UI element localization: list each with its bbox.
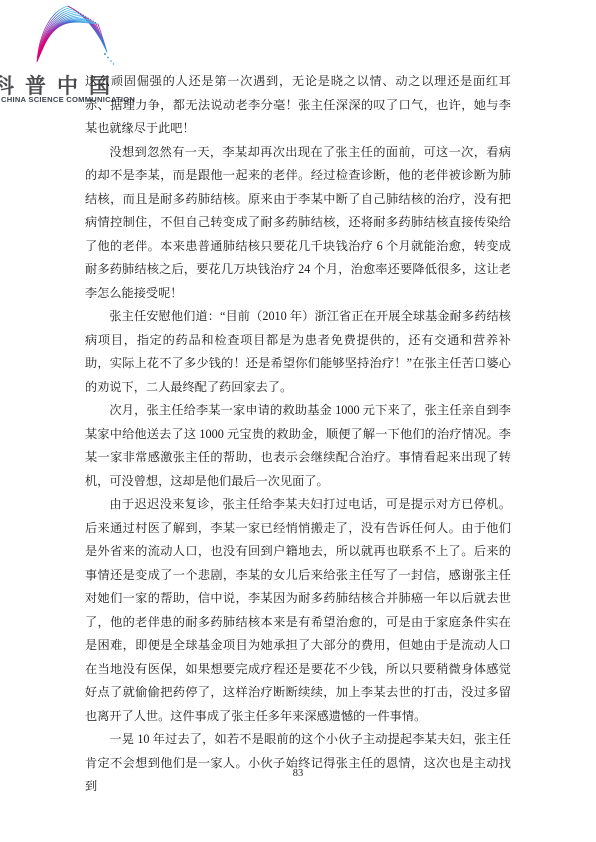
body-paragraph: 张主任安慰他们道：“目前（2010 年）浙江省正在开展全球基金耐多药结核病项目，… (85, 305, 511, 399)
wave-swoosh-logo-icon (26, 1, 118, 69)
wave-dotted-tail-icon (104, 53, 114, 65)
page-body-text: 这么顽固倔强的人还是第一次遇到，无论是晓之以情、动之以理还是面红耳赤、据理力争，… (85, 70, 511, 799)
body-paragraph: 由于迟迟没来复诊，张主任给李某夫妇打过电话，可是提示对方已停机。后来通过村医了解… (85, 493, 511, 728)
body-paragraph: 没想到忽然有一天，李某却再次出现在了张主任的面前，可这一次，看病的却不是李某，而… (85, 141, 511, 306)
body-paragraph: 一晃 10 年过去了，如若不是眼前的这个小伙子主动提起李某夫妇，张主任肯定不会想… (85, 728, 511, 799)
document-page: 科普中国 CHINA SCIENCE COMMUNICATION 这么顽固倔强的… (0, 0, 596, 842)
body-paragraph: 这么顽固倔强的人还是第一次遇到，无论是晓之以情、动之以理还是面红耳赤、据理力争，… (85, 70, 511, 141)
page-number: 83 (0, 768, 596, 779)
body-paragraph: 次月，张主任给李某一家申请的救助基金 1000 元下来了，张主任亲自到李某家中给… (85, 399, 511, 493)
